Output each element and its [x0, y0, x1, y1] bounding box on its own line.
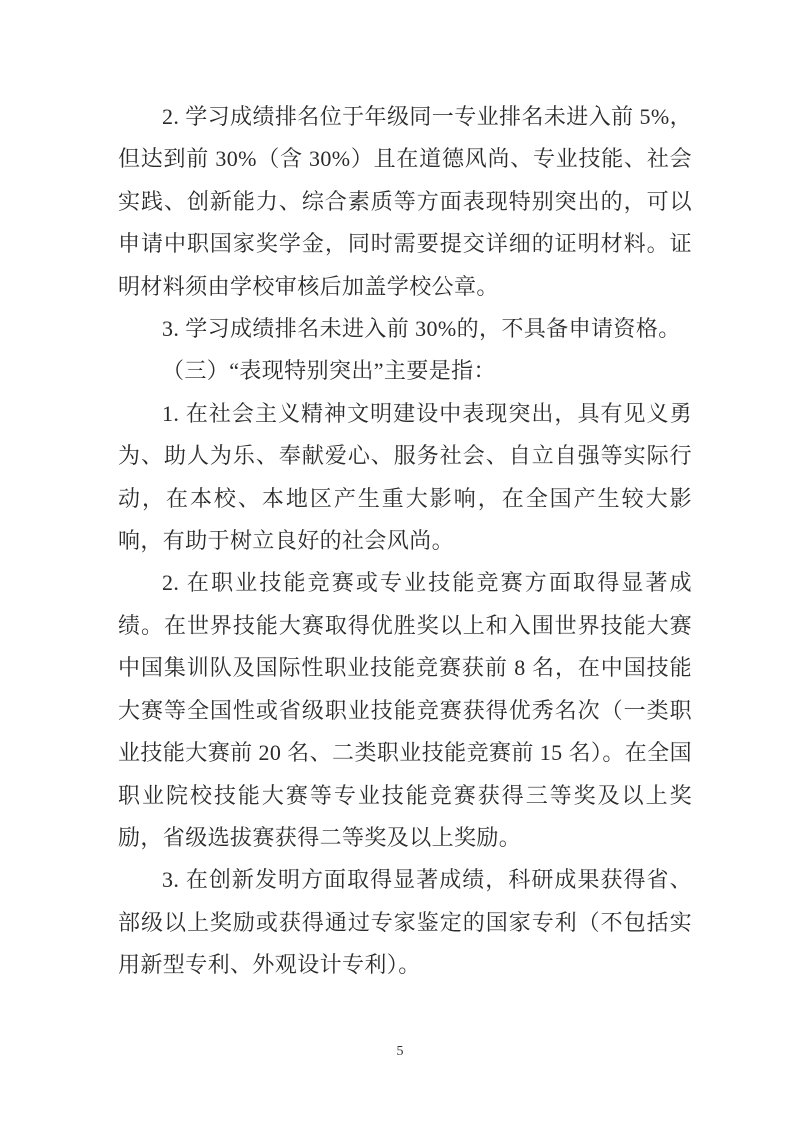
paragraph-rank-5-30: 2. 学习成绩排名位于年级同一专业排名未进入前 5%，但达到前 30%（含 30…: [118, 96, 692, 308]
paragraph-innovation-patents: 3. 在创新发明方面取得显著成绩，科研成果获得省、部级以上奖励或获得通过专家鉴定…: [118, 859, 692, 986]
document-body: 2. 学习成绩排名位于年级同一专业排名未进入前 5%，但达到前 30%（含 30…: [118, 96, 692, 987]
document-page: 2. 学习成绩排名位于年级同一专业排名未进入前 5%，但达到前 30%（含 30…: [0, 0, 800, 1131]
paragraph-spiritual-civilization: 1. 在社会主义精神文明建设中表现突出，具有见义勇为、助人为乐、奉献爱心、服务社…: [118, 393, 692, 563]
paragraph-rank-below-30: 3. 学习成绩排名未进入前 30%的，不具备申请资格。: [118, 308, 692, 350]
paragraph-skill-competitions: 2. 在职业技能竞赛或专业技能竞赛方面取得显著成绩。在世界技能大赛取得优胜奖以上…: [118, 562, 692, 859]
page-number: 5: [0, 1044, 800, 1060]
paragraph-section-heading: （三）“表现特别突出”主要是指：: [118, 350, 692, 392]
